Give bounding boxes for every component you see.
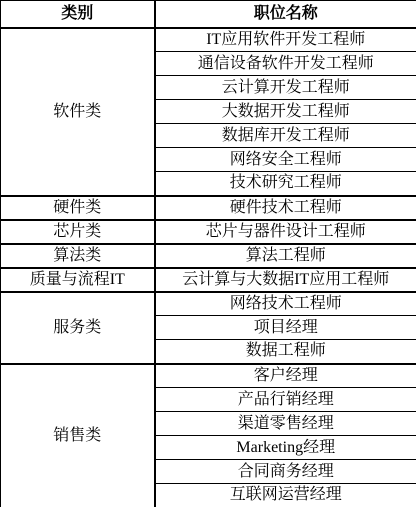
table-row: 质量与流程IT云计算与大数据IT应用工程师: [1, 268, 416, 292]
job-category-table-container: 类别 职位名称 软件类IT应用软件开发工程师通信设备软件开发工程师云计算开发工程…: [0, 0, 416, 507]
job-title-cell: 芯片与器件设计工程师: [155, 220, 416, 244]
category-cell: 服务类: [1, 292, 155, 364]
job-title-cell: Marketing经理: [155, 436, 416, 460]
table-row: 硬件类硬件技术工程师: [1, 196, 416, 220]
job-title-cell: 项目经理: [155, 316, 416, 340]
job-title-cell: 云计算开发工程师: [155, 76, 416, 100]
job-title-cell: 云计算与大数据IT应用工程师: [155, 268, 416, 292]
column-header-category: 类别: [1, 1, 155, 28]
category-cell: 质量与流程IT: [1, 268, 155, 292]
header-row: 类别 职位名称: [1, 1, 416, 28]
job-title-cell: 数据工程师: [155, 340, 416, 364]
category-cell: 销售类: [1, 364, 155, 507]
category-cell: 芯片类: [1, 220, 155, 244]
category-cell: 软件类: [1, 28, 155, 196]
job-title-cell: 合同商务经理: [155, 460, 416, 484]
job-title-cell: 客户经理: [155, 364, 416, 388]
job-title-cell: 硬件技术工程师: [155, 196, 416, 220]
job-title-cell: 数据库开发工程师: [155, 124, 416, 148]
table-row: 销售类客户经理: [1, 364, 416, 388]
table-row: 芯片类芯片与器件设计工程师: [1, 220, 416, 244]
table-row: 服务类网络技术工程师: [1, 292, 416, 316]
category-cell: 算法类: [1, 244, 155, 268]
job-title-cell: 网络技术工程师: [155, 292, 416, 316]
job-category-table: 类别 职位名称 软件类IT应用软件开发工程师通信设备软件开发工程师云计算开发工程…: [0, 0, 416, 507]
job-title-cell: 渠道零售经理: [155, 412, 416, 436]
job-title-cell: IT应用软件开发工程师: [155, 28, 416, 52]
table-row: 软件类IT应用软件开发工程师: [1, 28, 416, 52]
job-title-cell: 产品行销经理: [155, 388, 416, 412]
category-cell: 硬件类: [1, 196, 155, 220]
job-title-cell: 网络安全工程师: [155, 148, 416, 172]
column-header-job-title: 职位名称: [155, 1, 416, 28]
table-header: 类别 职位名称: [1, 1, 416, 28]
job-title-cell: 算法工程师: [155, 244, 416, 268]
table-row: 算法类算法工程师: [1, 244, 416, 268]
job-title-cell: 通信设备软件开发工程师: [155, 52, 416, 76]
job-title-cell: 大数据开发工程师: [155, 100, 416, 124]
job-title-cell: 技术研究工程师: [155, 172, 416, 196]
job-table-body: 软件类IT应用软件开发工程师通信设备软件开发工程师云计算开发工程师大数据开发工程…: [1, 28, 416, 507]
job-title-cell: 互联网运营经理: [155, 484, 416, 507]
